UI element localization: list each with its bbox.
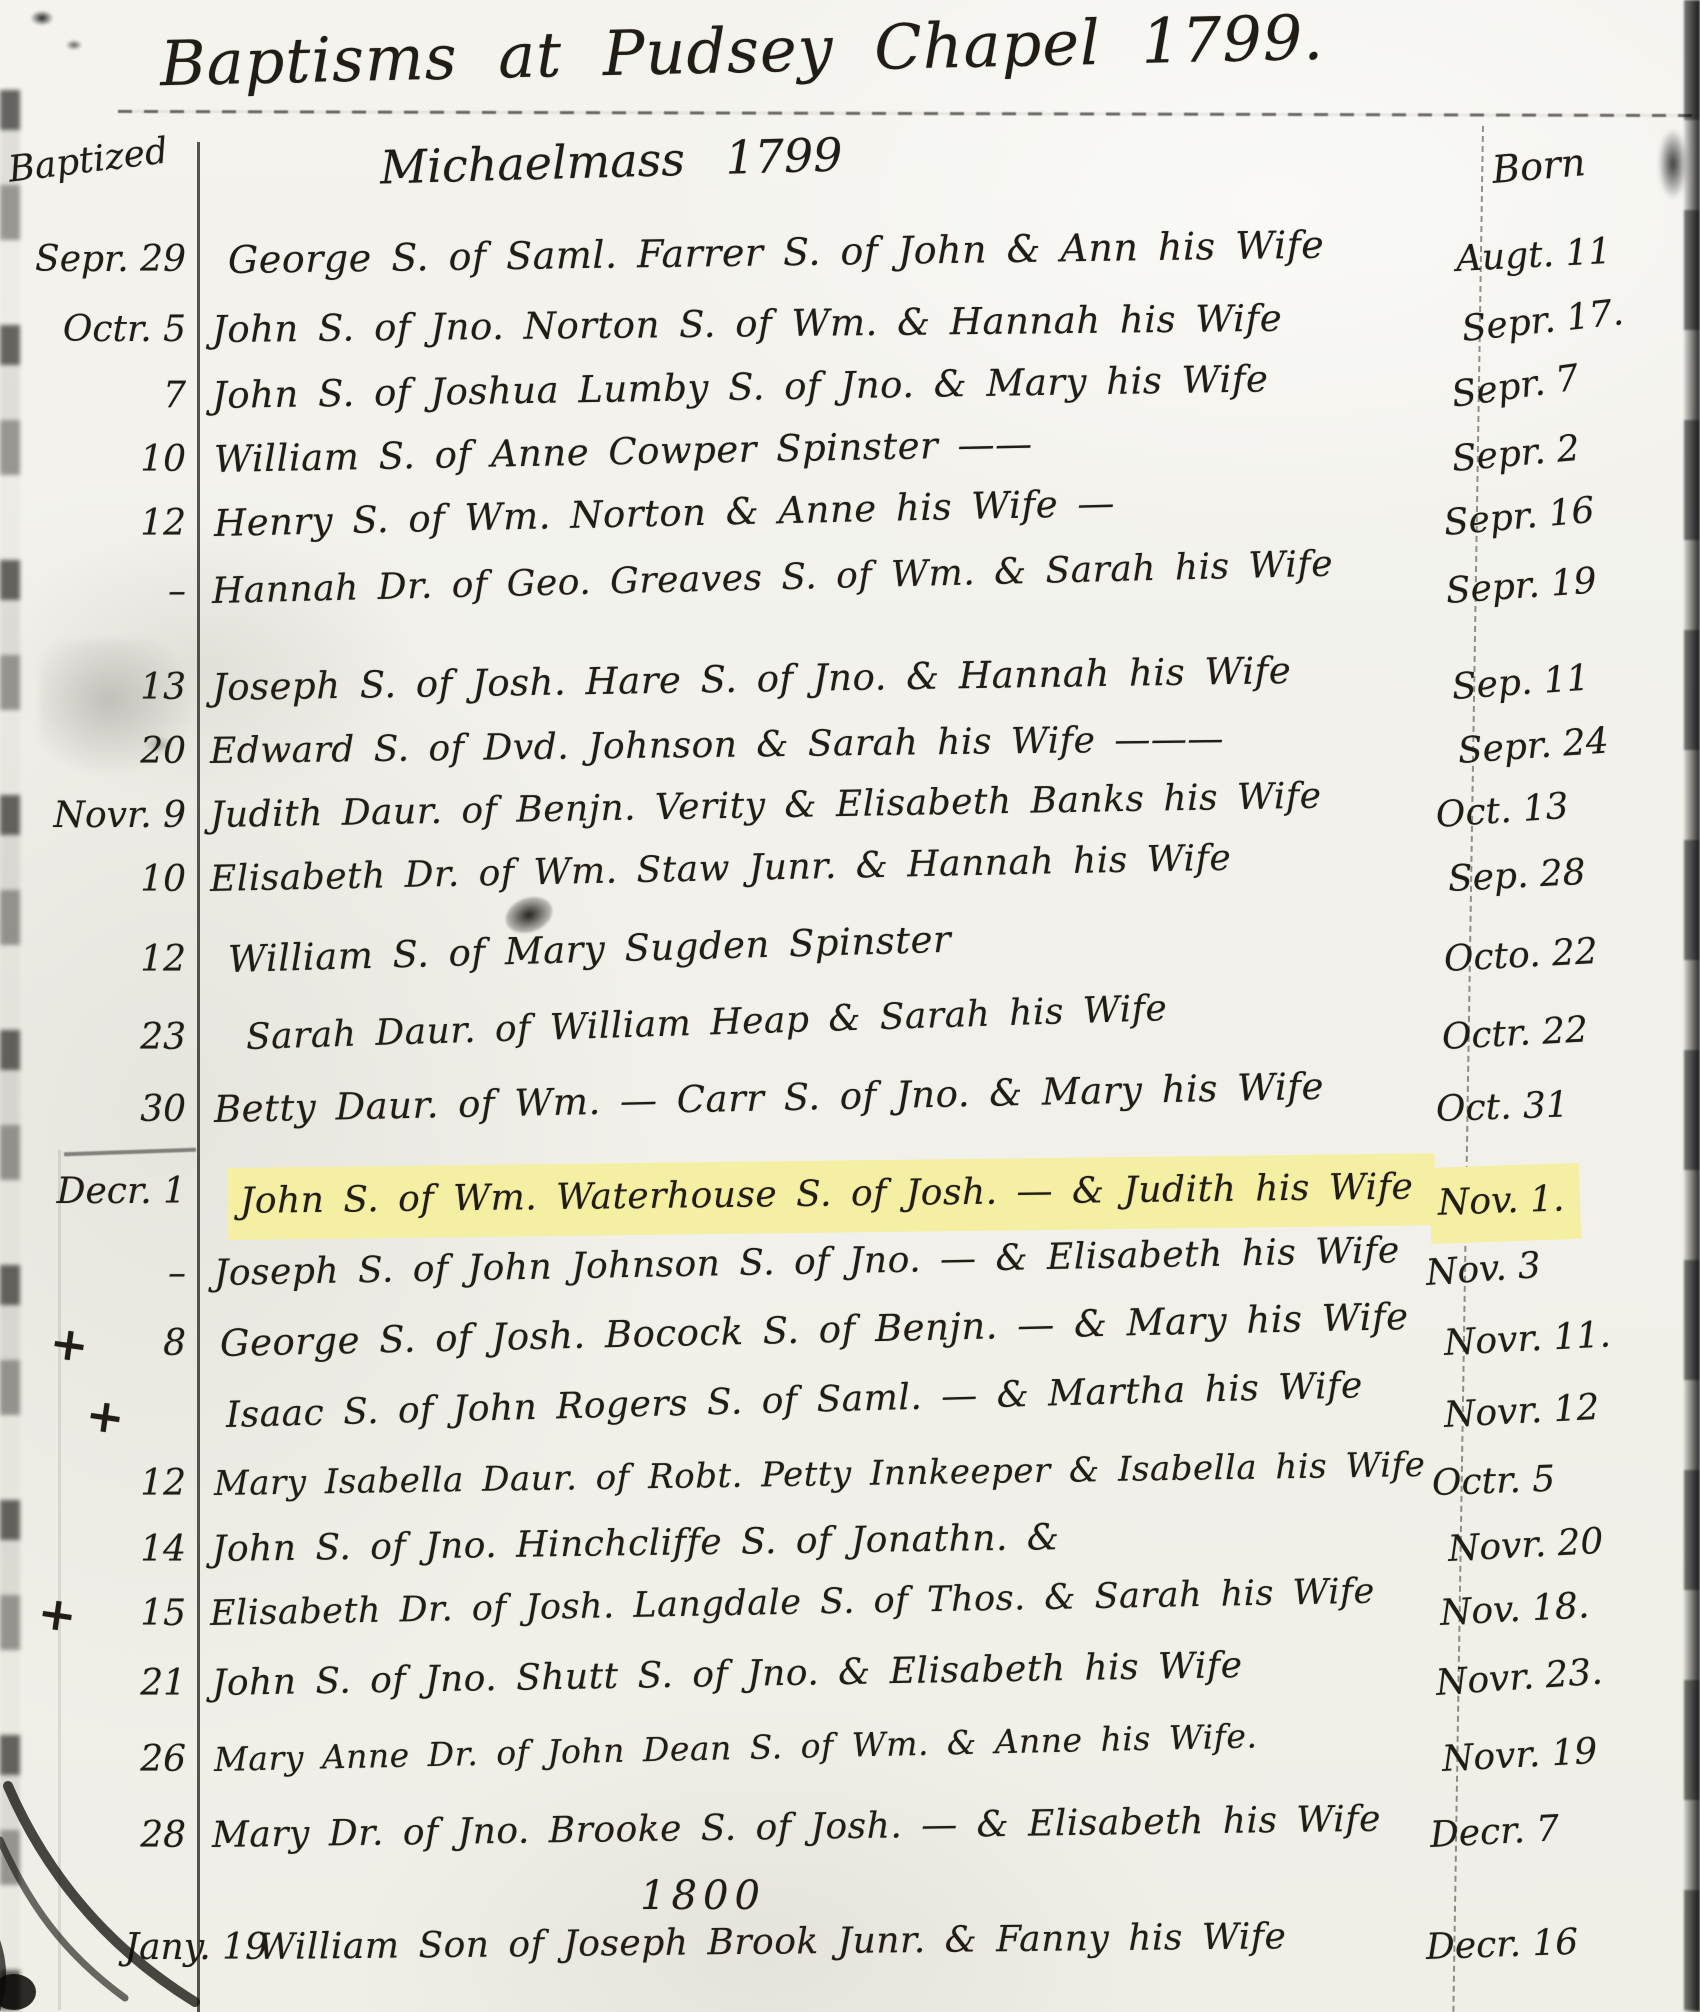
entry-text: Mary Dr. of Jno. Brooke S. of Josh. — & …: [212, 1796, 1382, 1860]
baptized-date: 12: [0, 1460, 190, 1508]
record-row: 23 Sarah Daur. of William Heap & Sarah h…: [0, 1014, 1700, 1068]
born-date: Augt. 11: [1455, 228, 1613, 284]
entry-text: Mary Isabella Daur. of Robt. Petty Innke…: [214, 1441, 1426, 1508]
record-row: 7 John S. of Joshua Lumby S. of Jno. & M…: [0, 372, 1700, 426]
record-row: Novr. 9 Judith Daur. of Benjn. Verity & …: [0, 792, 1700, 846]
baptized-date: 8: [0, 1320, 190, 1368]
baptized-date: 15: [0, 1590, 190, 1638]
baptized-date: Novr. 9: [0, 792, 190, 840]
entry-text: John S. of Jno. Norton S. of Wm. & Hanna…: [212, 295, 1283, 354]
right-edge-blob-stain: [1658, 128, 1688, 200]
born-date: Sepr. 19: [1444, 558, 1598, 616]
record-row: 13 Joseph S. of Josh. Hare S. of Jno. & …: [0, 664, 1700, 718]
entry-text: Edward S. of Dvd. Johnson & Sarah his Wi…: [210, 716, 1224, 776]
born-date: Sep. 11: [1450, 654, 1591, 711]
record-row: + 8 George S. of Josh. Bocock S. of Benj…: [0, 1320, 1700, 1374]
bottom-corner-stain: [0, 1780, 300, 2012]
born-date: Octr. 5: [1431, 1456, 1556, 1508]
page-title: Baptisms at Pudsey Chapel 1799.: [159, 1, 1324, 100]
left-edge-stain: [0, 90, 20, 2012]
record-row: 10 William S. of Anne Cowper Spinster ——…: [0, 436, 1700, 490]
born-date: Novr. 12: [1443, 1384, 1601, 1440]
baptized-date: 14: [0, 1526, 190, 1574]
record-row: 12 Henry S. of Wm. Norton & Anne his Wif…: [0, 500, 1700, 554]
baptized-column-header: Baptized: [6, 130, 170, 190]
record-row: 10 Elisabeth Dr. of Wm. Staw Junr. & Han…: [0, 856, 1700, 910]
entry-text: John S. of Jno. Hinchcliffe S. of Jonath…: [212, 1514, 1060, 1574]
born-date: Decr. 7: [1429, 1805, 1561, 1860]
record-row: 21 John S. of Jno. Shutt S. of Jno. & El…: [0, 1660, 1700, 1714]
entry-text: 1800: [598, 1872, 808, 1920]
title-rule: [118, 110, 1700, 117]
baptized-date: 12: [0, 936, 190, 984]
record-row: Decr. 1 John S. of Wm. Waterhouse S. of …: [0, 1168, 1700, 1222]
born-date: Sepr. 16: [1442, 487, 1597, 548]
record-row: + Isaac S. of John Rogers S. of Saml. — …: [0, 1392, 1700, 1446]
born-column-header: Born: [1490, 140, 1587, 192]
entry-text: John S. of Wm. Waterhouse S. of Josh. — …: [228, 1153, 1436, 1240]
born-date: Decr. 16: [1425, 1919, 1579, 1972]
born-date: Sepr. 17.: [1459, 289, 1626, 354]
born-date: Oct. 13: [1434, 783, 1570, 840]
record-row: Octr. 5 John S. of Jno. Norton S. of Wm.…: [0, 306, 1700, 360]
entry-text: Judith Daur. of Benjn. Verity & Elisabet…: [210, 773, 1322, 840]
record-row: Sepr. 29 George S. of Saml. Farrer S. of…: [0, 236, 1700, 290]
born-date: Sepr. 24: [1456, 718, 1610, 776]
born-date: Novr. 19: [1441, 1728, 1599, 1784]
record-row: – Joseph S. of John Johnson S. of Jno. —…: [0, 1250, 1700, 1304]
record-row: 30 Betty Daur. of Wm. — Carr S. of Jno. …: [0, 1086, 1700, 1140]
entry-text: Betty Daur. of Wm. — Carr S. of Jno. & M…: [213, 1063, 1324, 1134]
baptized-date: 30: [0, 1086, 190, 1134]
section-heading: Michaelmass 1799: [379, 128, 843, 195]
baptized-date: 10: [0, 436, 190, 484]
right-edge-stain: [1684, 0, 1700, 2012]
born-date: Nov. 1.: [1429, 1163, 1582, 1244]
baptized-date: 10: [0, 856, 190, 904]
record-row: – Hannah Dr. of Geo. Greaves S. of Wm. &…: [0, 568, 1700, 622]
entry-text: Sarah Daur. of William Heap & Sarah his …: [245, 985, 1168, 1062]
record-row: + 15 Elisabeth Dr. of Josh. Langdale S. …: [0, 1590, 1700, 1644]
born-date: Sepr. 7: [1449, 354, 1582, 419]
baptized-date: 7: [0, 372, 190, 420]
entry-text: William S. of Mary Sugden Spinster: [227, 916, 951, 984]
born-date: Octr. 22: [1441, 1006, 1589, 1062]
entry-text: Joseph S. of Josh. Hare S. of Jno. & Han…: [212, 647, 1292, 712]
born-date: Nov. 18.: [1439, 1582, 1591, 1638]
baptized-date: –: [0, 568, 190, 616]
register-page: Baptisms at Pudsey Chapel 1799. Baptized…: [0, 0, 1700, 2012]
top-left-ink-marks: [18, 0, 98, 60]
baptized-date: 12: [0, 500, 190, 548]
entry-text: George S. of Josh. Bocock S. of Benjn. —…: [219, 1293, 1409, 1368]
entry-text: John S. of Joshua Lumby S. of Jno. & Mar…: [212, 355, 1269, 420]
margin-smudge: [40, 640, 210, 790]
record-row: 12 William S. of Mary Sugden Spinster Oc…: [0, 936, 1700, 990]
entry-text: Mary Anne Dr. of John Dean S. of Wm. & A…: [213, 1712, 1257, 1784]
record-row: 12 Mary Isabella Daur. of Robt. Petty In…: [0, 1460, 1700, 1514]
baptized-date: Decr. 1: [0, 1168, 190, 1216]
baptized-date: 23: [0, 1014, 190, 1062]
baptized-date: 26: [0, 1736, 190, 1784]
baptized-date: –: [0, 1250, 190, 1298]
baptized-date: Sepr. 29: [0, 236, 190, 284]
born-date: Nov. 3: [1424, 1242, 1542, 1298]
entry-text: William S. of Anne Cowper Spinster ——: [214, 420, 1033, 484]
record-row: 14 John S. of Jno. Hinchcliffe S. of Jon…: [0, 1526, 1700, 1580]
born-date: Sep. 28: [1447, 849, 1587, 904]
born-date: Oct. 31: [1435, 1081, 1569, 1134]
born-date: Novr. 20: [1447, 1518, 1605, 1574]
born-date: Novr. 23.: [1434, 1648, 1604, 1708]
baptized-date: 21: [0, 1660, 190, 1708]
margin-cross-icon: +: [83, 1390, 128, 1443]
entry-text: George S. of Saml. Farrer S. of John & A…: [228, 221, 1325, 284]
born-date: Octo. 22: [1443, 928, 1599, 984]
baptized-date: Octr. 5: [0, 306, 190, 354]
margin-dash-mark: [64, 1148, 196, 1157]
born-date: Novr. 11.: [1443, 1311, 1612, 1368]
born-date: Sepr. 2: [1450, 425, 1582, 484]
entry-text: William Son of Joseph Brook Junr. & Fann…: [258, 1913, 1287, 1972]
record-row: 20 Edward S. of Dvd. Johnson & Sarah his…: [0, 728, 1700, 782]
entry-text: John S. of Jno. Shutt S. of Jno. & Elisa…: [212, 1642, 1243, 1708]
